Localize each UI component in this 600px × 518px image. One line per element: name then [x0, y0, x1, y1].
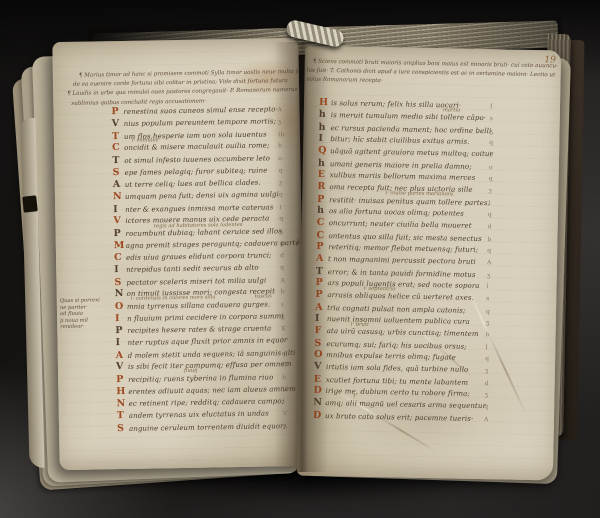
verse-text: edis uiua graues elidunt corpora trunci;	[126, 251, 272, 262]
line-end-guide-letter: l	[281, 337, 283, 344]
right-verses: His salus rerum; felix his silla uocari·…	[297, 46, 561, 481]
verse-text: ontentus quo silla fuit; sic mesta senec…	[328, 232, 481, 243]
line-end-guide-letter: q	[488, 211, 492, 218]
verse-initial: M	[114, 240, 125, 251]
verse-initial: I	[318, 133, 323, 144]
verse-initial: H	[319, 97, 328, 108]
verse-text: ecurumq; sui; fariq; his uocibus orsus;	[326, 340, 466, 351]
verse-initial: F	[315, 325, 322, 336]
interlinear-gloss: i· romulee	[132, 138, 159, 144]
verse-text: ux bruto cato solus erit; pacemne tueris…	[325, 412, 473, 423]
verse-initial: R	[317, 181, 325, 192]
verse-text: ec retinent ripe; redditq; cadauera camp…	[129, 397, 285, 408]
verse-initial: O	[314, 349, 322, 360]
verse-initial: A	[113, 179, 121, 190]
interlinear-gloss: i· inuise partes marianorū	[385, 190, 453, 197]
verse-text: oncurrunt; neuter ciuilia bella moueret	[329, 219, 472, 230]
verse-text: recipites hesere rates & strage cruenta	[127, 324, 271, 335]
verse-initial: N	[313, 397, 322, 408]
line-end-guide-letter: o	[489, 164, 493, 171]
verse-initial: I	[315, 313, 320, 324]
line-end-guide-letter: ʒ	[484, 391, 488, 398]
verse-text: ata uirū casusq; urbis cunctisq; timente…	[327, 327, 479, 338]
line-end-guide-letter: q	[487, 247, 491, 254]
verse-text: rocumbunt dubiaq; labant ceruice sed ill…	[126, 227, 282, 238]
verse-text: xcutiet fortuna tibi; tu mente labantem	[326, 376, 469, 387]
verse-initial: V	[314, 361, 322, 372]
verse-text: ut terre celiq; lues aut bellica clades.	[125, 178, 261, 188]
line-end-guide-letter: b	[278, 143, 282, 150]
line-end-guide-letter: b	[486, 331, 490, 338]
verse-initial: T	[316, 265, 323, 276]
line-end-guide-letter: A	[277, 106, 281, 113]
line-end-guide-letter: A	[280, 277, 284, 284]
verse-text: nius populum pereuntem tempore mortis;	[124, 118, 276, 129]
verse-text: nter ruptus aque fluxit prior amnis in e…	[127, 336, 287, 347]
line-end-guide-letter: q	[489, 175, 493, 182]
verse-text: anguine ceruleum torrentem diuidit equor…	[129, 422, 286, 433]
line-end-guide-letter: I	[279, 204, 281, 211]
verse-initial: C	[114, 252, 122, 263]
verse-text: restitit· inuisas penitus quam tollere p…	[329, 196, 490, 207]
verse-text: tria cognati pulsat non ampla catonis;	[327, 304, 466, 315]
verse-initial: D	[313, 385, 321, 396]
verse-initial: A	[316, 253, 324, 264]
line-end-guide-letter: ʒ	[281, 313, 285, 320]
line-end-guide-letter: q	[279, 192, 283, 199]
verse-initial: S	[112, 167, 119, 178]
verse-text: renestina suos cuneos simul ense recepto…	[123, 105, 277, 116]
line-end-guide-letter: ʒ	[488, 187, 492, 194]
verse-initial: E	[318, 169, 325, 180]
line-end-guide-letter: d	[488, 223, 492, 230]
margin-gloss-line: ad fluuia	[60, 311, 83, 317]
verse-initial: h	[319, 109, 326, 120]
interlinear-gloss: martio	[443, 107, 460, 113]
verse-initial: P	[316, 277, 323, 288]
verse-text: os alio fortuna uocas olimq; potentes	[329, 207, 464, 218]
verse-text: bitur; hīc stabit ciuilibus exitus armis…	[330, 135, 469, 146]
verse-text: is salus rerum; felix his silla uocari·	[331, 99, 461, 109]
verse-text: ot simul infesto iuuenes occumbere leto	[124, 154, 270, 165]
line-end-guide-letter: q	[279, 168, 283, 175]
line-end-guide-letter: ʒ	[486, 319, 490, 326]
verse-initial: N	[116, 398, 125, 409]
line-end-guide-letter: q	[280, 240, 284, 247]
verse-initial: I	[115, 313, 120, 324]
verse-text: ec rursus pacienda manent; hoc ordine be…	[331, 124, 492, 135]
verse-text: recipitiq; ruens tyberina in flumina riu…	[128, 373, 273, 384]
verse-initial: T	[112, 131, 119, 142]
verse-text: umquam pena fuit; densi uix agmina uulgi	[125, 191, 279, 202]
verse-initial: C	[316, 229, 324, 240]
verse-text: nuenit insomni uoluentem publica cura	[327, 315, 470, 326]
line-end-guide-letter: b	[487, 236, 491, 243]
verse-text: irige me, dubium certo tu robore firma;	[325, 387, 470, 398]
verse-initial: h	[318, 157, 325, 168]
verse-initial: P	[116, 374, 123, 385]
verse-text: andem tyrrenas uix eluctatus in undas	[129, 410, 269, 420]
verse-initial: V	[116, 361, 124, 372]
line-end-guide-letter: q	[484, 403, 488, 410]
line-end-guide-letter: l	[486, 283, 488, 290]
verse-text: d molem stetit unda sequens; iā sanguini…	[128, 349, 296, 360]
verse-initial: I	[115, 337, 120, 348]
interlinear-gloss: i· septentrio	[363, 286, 395, 293]
verse-text: is sibi fecit iter campumq; effusa per o…	[128, 360, 292, 371]
verse-text: is meruit tumulum medio sibi tollere cāp…	[331, 111, 486, 122]
verse-initial: I	[113, 204, 118, 215]
verse-initial: A	[315, 301, 323, 312]
verse-initial: V	[112, 118, 120, 129]
verse-initial: P	[317, 193, 324, 204]
line-end-guide-letter: b	[489, 151, 493, 158]
verse-initial: P	[316, 241, 323, 252]
line-end-guide-letter: q	[489, 139, 493, 146]
line-end-guide-letter: q	[280, 264, 284, 271]
line-end-guide-letter: q	[485, 355, 489, 362]
verse-initial: V	[113, 215, 121, 226]
verse-text: n fluuium primi cecidere in corpora summ…	[127, 312, 284, 323]
line-end-guide-letter: ʒ	[485, 367, 489, 374]
verse-initial: D	[313, 409, 321, 420]
margin-gloss-line: Quas si porrexi	[60, 297, 100, 304]
verse-text: ntrepidus tanti sedit securus ab alto	[126, 264, 259, 274]
verse-initial: I	[114, 264, 119, 275]
margin-gloss-line: ne pariter	[60, 304, 86, 310]
verse-text: epe fames pelagiq; furor subiteq; ruine	[125, 167, 268, 177]
line-end-guide-letter: V	[282, 386, 286, 393]
line-end-guide-letter: ʒ	[487, 272, 491, 279]
verse-text: pectator sceleris miseri tot milia uulgi	[126, 276, 266, 286]
line-end-guide-letter: ʒ	[279, 179, 283, 186]
line-end-guide-letter: Ib	[278, 131, 284, 138]
verse-initial: Q	[318, 145, 326, 156]
line-end-guide-letter: I	[485, 344, 488, 351]
verse-initial: N	[113, 191, 122, 202]
interlinear-gloss: tuscus	[255, 294, 272, 300]
line-end-guide-letter: ʒ	[280, 228, 284, 235]
verse-text: xulibus mariis bellorum maxima merces	[330, 171, 476, 182]
line-end-guide-letter: I	[488, 200, 491, 207]
line-end-guide-letter: K	[281, 325, 286, 332]
verse-text: agna premit strages peraguntq; cadauera …	[126, 239, 300, 250]
verse-text: nter & exangues inmissa morte cateruas	[125, 203, 273, 214]
verse-text: error; & in tanta pauidi formidine motus	[328, 268, 476, 279]
line-end-guide-letter: d	[485, 380, 489, 387]
manuscript-photo: ¶ Marius timor ad hanc si promisere comm…	[0, 0, 600, 518]
verse-initial: h	[317, 205, 324, 216]
left-margin-gloss: Quas si porrexine pariterad fluuiap noua…	[60, 297, 113, 342]
verse-initial: h	[318, 121, 325, 132]
verse-initial: S	[114, 277, 121, 288]
left-page: ¶ Marius timor ad hanc si promisere comm…	[52, 38, 305, 470]
line-end-guide-letter: q	[282, 350, 286, 357]
verse-initial: P	[315, 289, 322, 300]
verse-text: amq; alii magnū uel cesaris arma sequent…	[325, 399, 486, 410]
verse-text: t non magnanimi percussit pectora bruti	[328, 255, 476, 266]
verse-text: reteritiq; memor flebat metuensq; futuri…	[328, 243, 478, 254]
verse-text: umani generis maiore in prelia damno;	[330, 160, 472, 171]
verse-text: irtutis iam sola fides, quā turbine null…	[326, 363, 469, 374]
line-end-guide-letter: s	[281, 301, 284, 308]
line-end-guide-letter: q	[486, 308, 490, 315]
verse-initial: A	[116, 350, 124, 361]
line-end-guide-letter: b	[281, 288, 285, 295]
verse-initial: E	[314, 373, 321, 384]
interlinear-gloss: ł	[353, 394, 355, 400]
margin-gloss-line: renidear·	[60, 324, 84, 330]
interlinear-gloss: i· bruti	[351, 322, 369, 328]
margin-gloss-line: p noua mil	[60, 317, 88, 323]
verse-text: erentes adiuuit aquas; nec iam alueus am…	[128, 385, 296, 396]
line-end-guide-letter: V	[283, 410, 287, 417]
leather-tab	[22, 195, 38, 212]
line-end-guide-letter: H	[282, 361, 287, 368]
line-end-guide-letter: I	[283, 398, 285, 405]
left-verses: Prenestina suos cuneos simul ense recept…	[52, 38, 305, 470]
verse-text: uāquā agitent grauiora metus multoq; coi…	[330, 147, 493, 158]
verse-initial: T	[112, 155, 119, 166]
line-end-guide-letter: ʒ	[278, 119, 282, 126]
line-end-guide-letter: ʒ	[489, 128, 493, 135]
interlinear-gloss: fluuij	[184, 368, 198, 374]
line-end-guide-letter: s	[490, 115, 493, 122]
verse-initial: T	[117, 410, 124, 421]
verse-initial: O	[115, 301, 123, 312]
verse-text: mnibus expulse terris olimq; fugate	[326, 351, 456, 361]
verse-initial: P	[115, 325, 122, 336]
line-end-guide-letter: A	[283, 423, 287, 430]
line-end-guide-letter: A	[487, 259, 491, 266]
verse-initial: H	[116, 386, 125, 397]
line-end-guide-letter: d	[280, 252, 284, 259]
verse-initial: P	[111, 106, 118, 117]
verse-initial: P	[114, 228, 121, 239]
verse-text: ars populi lugentis erat; sed nocte sopo…	[328, 279, 480, 290]
verse-initial: C	[112, 142, 120, 153]
line-end-guide-letter: b	[282, 374, 286, 381]
line-end-guide-letter: I	[490, 103, 493, 110]
line-end-guide-letter: A	[484, 416, 488, 423]
verse-initial: S	[117, 422, 124, 433]
verse-initial: C	[317, 217, 325, 228]
line-end-guide-letter: s	[486, 295, 489, 302]
verse-text: arrasis obliquos helice cū uerteret axes…	[327, 291, 474, 302]
line-end-guide-letter: o	[278, 155, 282, 162]
line-end-guide-letter: q	[279, 216, 283, 223]
right-page: 19 ¶ Sciens commoti bruti maioris ampliu…	[297, 46, 561, 481]
verse-initial: N	[115, 288, 124, 299]
verse-initial: S	[314, 337, 321, 348]
